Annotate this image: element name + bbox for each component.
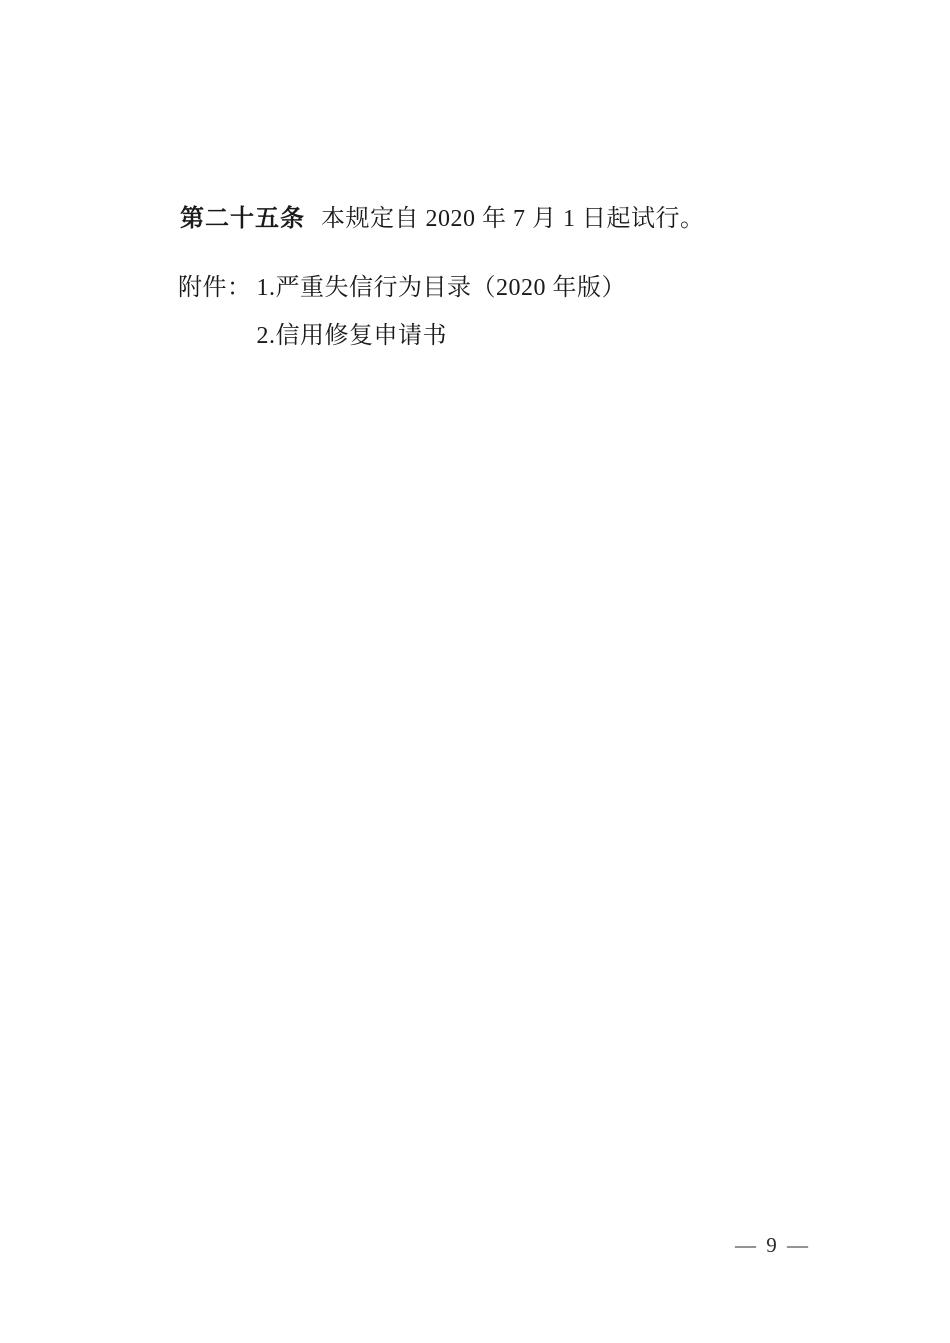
attachment-item-2: 2.信用修复申请书 — [257, 312, 627, 360]
attachments-block: 附件： 1.严重失信行为目录（2020 年版） 2.信用修复申请书 — [178, 264, 626, 360]
article-number-label: 第二十五条 — [180, 205, 305, 232]
page-footer: — 9 — — [735, 1233, 808, 1258]
page-number: — 9 — — [735, 1233, 808, 1257]
article-body-text: 本规定自 2020 年 7 月 1 日起试行。 — [321, 206, 705, 232]
document-page: 第二十五条本规定自 2020 年 7 月 1 日起试行。 附件： 1.严重失信行… — [0, 0, 950, 1343]
attachments-list: 1.严重失信行为目录（2020 年版） 2.信用修复申请书 — [257, 264, 627, 360]
article-25-paragraph: 第二十五条本规定自 2020 年 7 月 1 日起试行。 — [132, 195, 822, 243]
attachment-item-1: 1.严重失信行为目录（2020 年版） — [257, 264, 627, 312]
attachments-label: 附件： — [178, 264, 252, 312]
